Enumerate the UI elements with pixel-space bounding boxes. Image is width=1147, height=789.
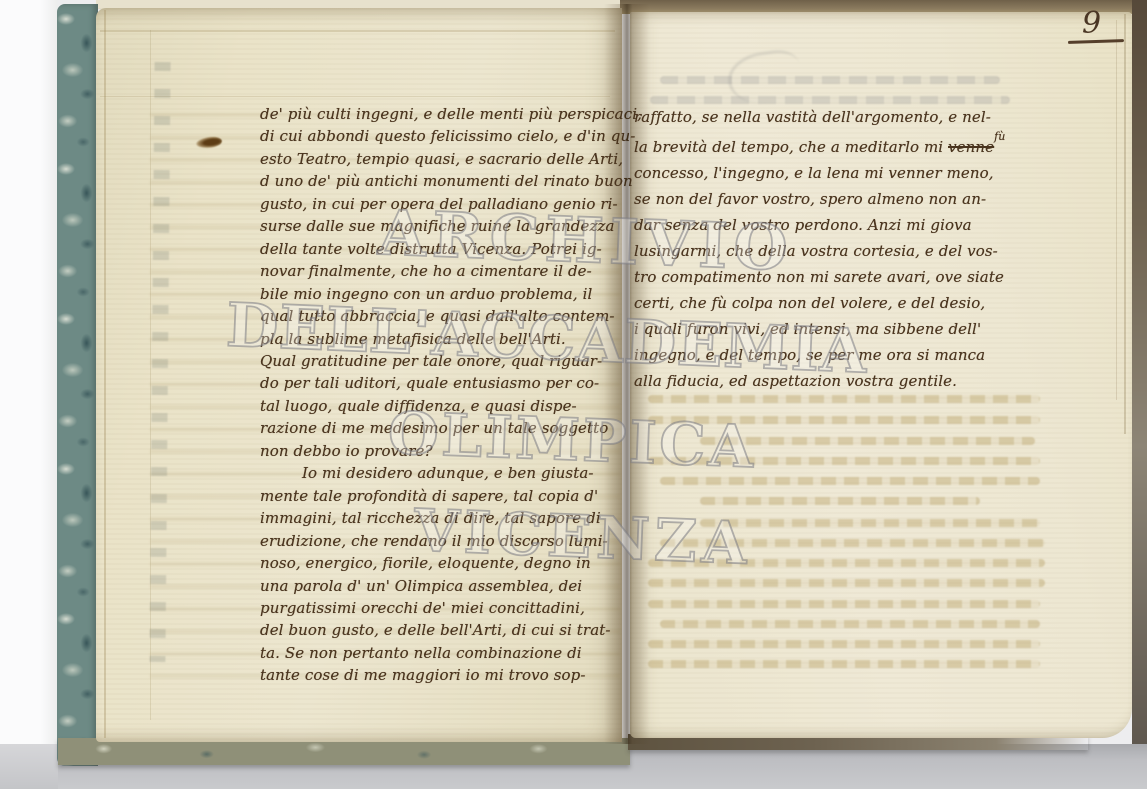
manuscript-line: una parola d' un' Olimpica assemblea, de… [260, 575, 632, 597]
right-page-edge-line [1116, 20, 1117, 400]
bleedthrough-line [650, 96, 1010, 104]
marbled-cover-bottom-edge [58, 738, 630, 765]
manuscript-scan: de' più culti ingegni, e delle menti più… [0, 0, 1147, 789]
manuscript-line: do per tali uditori, quale entusiasmo pe… [260, 372, 632, 394]
watermark-line: VICENZA [413, 496, 753, 578]
manuscript-line: ta. Se non pertanto nella combinazione d… [260, 642, 632, 664]
marbled-cover-edge [57, 4, 98, 766]
manuscript-line: tante cose di me maggiori io mi trovo so… [260, 664, 632, 686]
manuscript-line: esto Teatro, tempio quasi, e sacrario de… [260, 148, 632, 170]
bleedthrough-line [648, 600, 1040, 608]
scanner-bed-left [0, 0, 58, 760]
line-text: la brevità del tempo, che a meditarlo mi [634, 138, 948, 156]
manuscript-line: de' più culti ingegni, e delle menti più… [260, 103, 632, 125]
left-page-deckle-line [104, 10, 106, 738]
manuscript-line: di cui abbondi questo felicissimo cielo,… [260, 125, 632, 147]
bleedthrough-line [660, 76, 1000, 84]
bleedthrough-line [648, 640, 1040, 648]
watermark-line: OLIMPICA [387, 399, 758, 481]
manuscript-line: concesso, l'ingegno, e la lena mi venner… [634, 160, 1034, 186]
manuscript-line: purgatissimi orecchi de' miei concittadi… [260, 597, 632, 619]
struck-word: venne [948, 138, 994, 156]
inserted-word: fù [994, 130, 1005, 143]
manuscript-line: raffatto, se nella vastità dell'argoment… [634, 104, 1034, 130]
bleedthrough-line [648, 660, 1040, 668]
left-page-text: de' più culti ingegni, e delle menti più… [260, 103, 632, 687]
manuscript-line: del buon gusto, e delle bell'Arti, di cu… [260, 619, 632, 641]
scanner-bed-bottom-left [0, 744, 58, 789]
page-number: 9 [1082, 6, 1101, 41]
left-page-crease [100, 96, 610, 97]
right-page-stack-edge [1132, 0, 1147, 744]
left-page-top-crease [100, 30, 615, 32]
bleedthrough-line [648, 579, 1045, 587]
manuscript-line: d uno de' più antichi monumenti del rina… [260, 170, 632, 192]
manuscript-line: la brevità del tempo, che a meditarlo mi… [634, 130, 1034, 160]
bleedthrough-line [700, 497, 980, 505]
bleedthrough-line [660, 620, 1040, 628]
bleedthrough-line [648, 395, 1040, 403]
right-page-edge-line [1124, 14, 1126, 434]
